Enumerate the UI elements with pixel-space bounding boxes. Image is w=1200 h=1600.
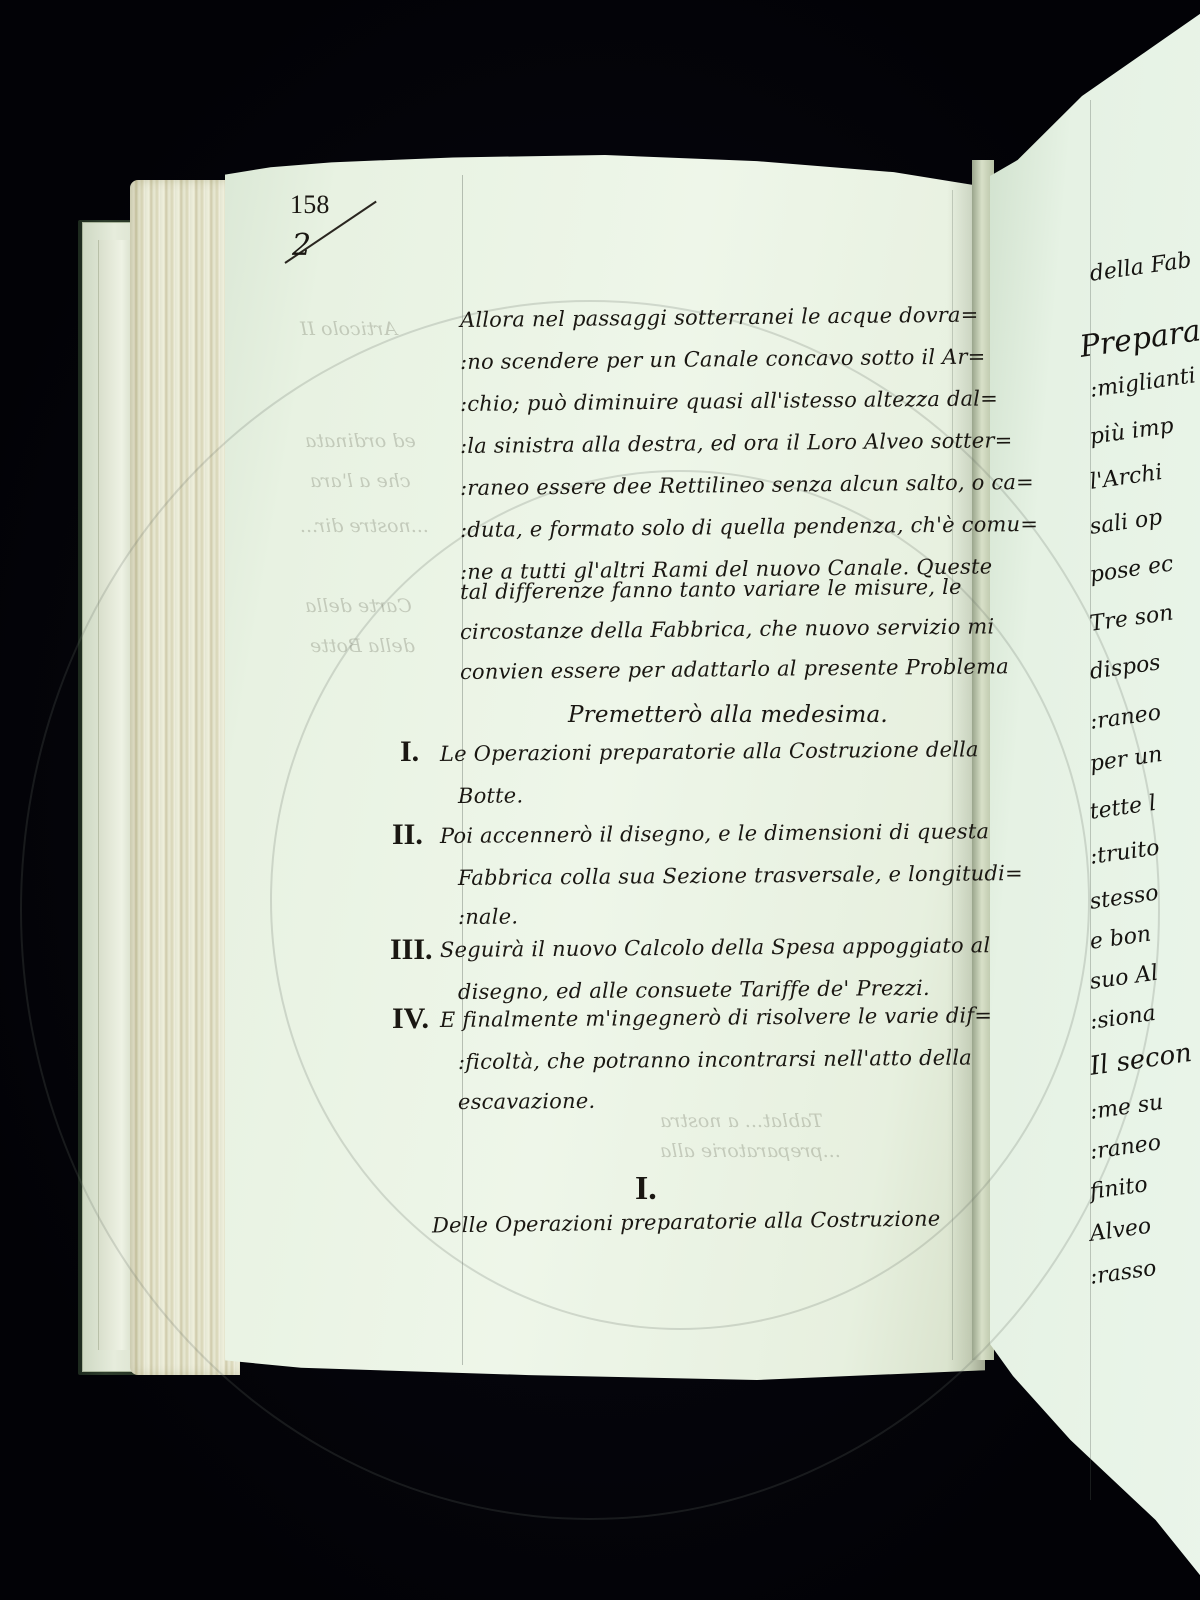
item-line: :ficoltà, che potranno incontrarsi nell'… [458,1046,972,1074]
page-mark: 2 [292,228,311,263]
bleed-through-text: Tablat... a nostra [660,1110,823,1132]
item-line: Seguirà il nuovo Calcolo della Spesa app… [440,933,991,962]
bleed-through-text: ...nostre dir... [300,515,429,537]
item-line: :nale. [458,904,518,929]
item-line: Poi accennerò il disegno, e le dimension… [440,819,989,848]
item-numeral: III. [390,933,433,967]
manuscript-photo: Articolo II ed ordinata che a l'ara ...n… [0,0,1200,1600]
bleed-through-text: che a l'ara [310,470,411,492]
item-line: E finalmente m'ingegnerò di risolvere le… [440,1003,992,1032]
item-line: Fabbrica colla sua Sezione trasversale, … [458,861,1023,890]
item-numeral: I. [400,735,419,769]
item-line: disegno, ed alle consuete Tariffe de' Pr… [458,976,930,1004]
item-numeral: II. [392,818,423,852]
section-numeral: I. [635,1170,657,1208]
item-line: escavazione. [458,1089,596,1114]
bleed-through-text: della Botte [310,635,415,657]
bleed-through-text: Carte della [305,595,412,617]
bleed-through-text: ed ordinata [305,430,416,452]
item-numeral: IV. [392,1002,429,1036]
bleed-through-text: Articolo II [300,318,397,340]
item-line: Botte. [458,783,523,808]
intro-heading: Premetterò alla medesima. [568,702,888,728]
page-number: 158 [290,190,330,220]
page-stack-edges [130,180,240,1375]
item-line: Le Operazioni preparatorie alla Costruzi… [440,737,979,766]
bleed-through-text: ...preparatorie alla [660,1140,841,1162]
